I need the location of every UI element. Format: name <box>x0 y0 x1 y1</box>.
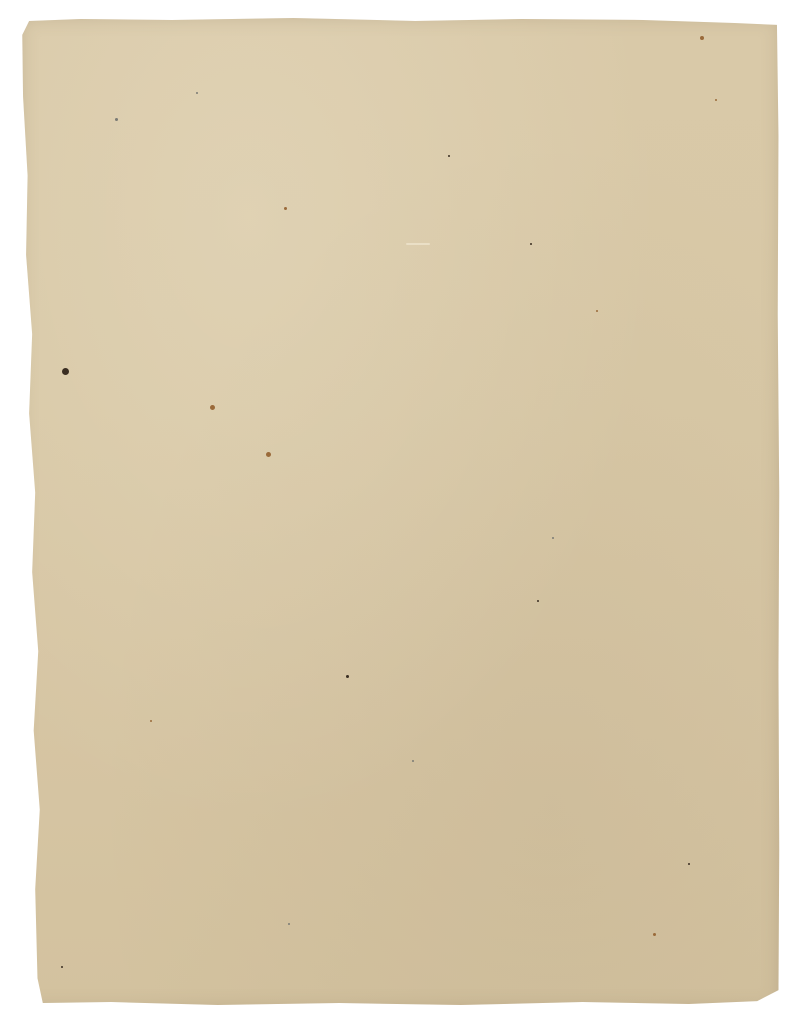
image-canvas <box>0 0 800 1025</box>
paper-speck <box>412 760 414 762</box>
paper-speck <box>284 207 287 210</box>
paper-speck <box>210 405 215 410</box>
paper-speck <box>596 310 598 312</box>
paper-speck <box>266 452 271 457</box>
paper-speck <box>537 600 539 602</box>
paper-speck <box>653 933 656 936</box>
paper-fiber-streak <box>406 243 430 245</box>
paper-speck <box>346 675 349 678</box>
aged-paper-sheet <box>20 17 780 1008</box>
paper-speck <box>196 92 198 94</box>
paper-speck <box>62 368 69 375</box>
paper-speck <box>715 99 717 101</box>
paper-speck <box>150 720 152 722</box>
paper-speck <box>448 155 450 157</box>
paper-speck <box>530 243 532 245</box>
paper-speck <box>61 966 63 968</box>
paper-speck <box>288 923 290 925</box>
paper-speck <box>688 863 690 865</box>
paper-speck <box>700 36 704 40</box>
paper-speck <box>115 118 118 121</box>
paper-speck <box>552 537 554 539</box>
